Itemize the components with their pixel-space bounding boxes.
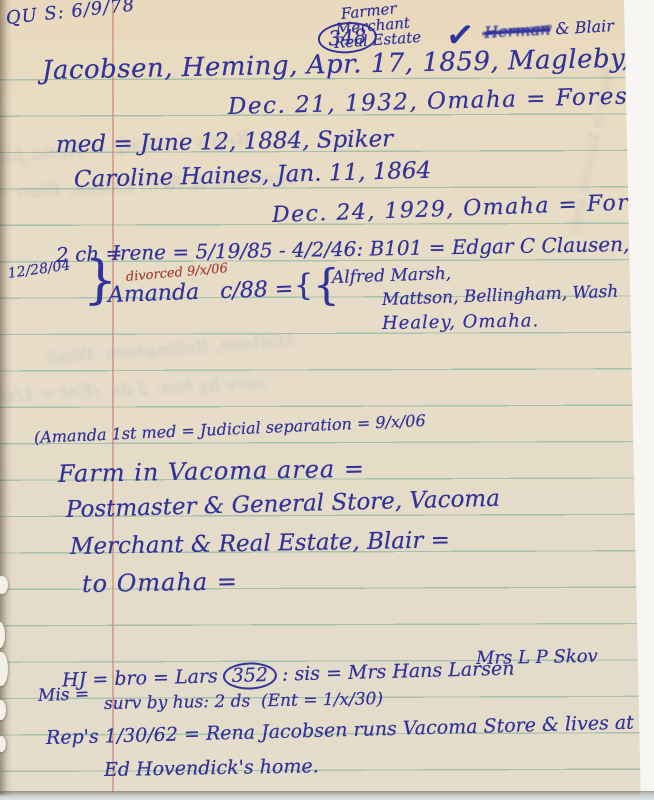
page-bottom-edge [0,791,654,800]
place-note: & Blair [550,16,615,38]
reference-date-note: QU S: 6/9/78 [5,0,136,29]
circled-sibling-page-number: 352 [222,662,277,690]
scanned-notebook-page: Rep's 1/30/62 = Rena Jacobsen runs Vacom… [0,0,654,800]
crossed-out-word: Herman [484,19,551,41]
amanda-spouse-healey-line: Healey, Omaha. [382,310,540,334]
mis-label: Mis = [38,684,90,706]
report-1962-line2: Ed Hovendick's home. [104,755,319,781]
amanda-spouse-alfred-line: Alfred Marsh, [332,264,452,288]
skov-note: Mrs L P Skov [476,646,598,669]
farm-note: Farm in Vacoma area = [58,455,365,488]
spouses-brace-small: { [294,268,313,303]
to-omaha-note: to Omaha = [82,567,238,598]
